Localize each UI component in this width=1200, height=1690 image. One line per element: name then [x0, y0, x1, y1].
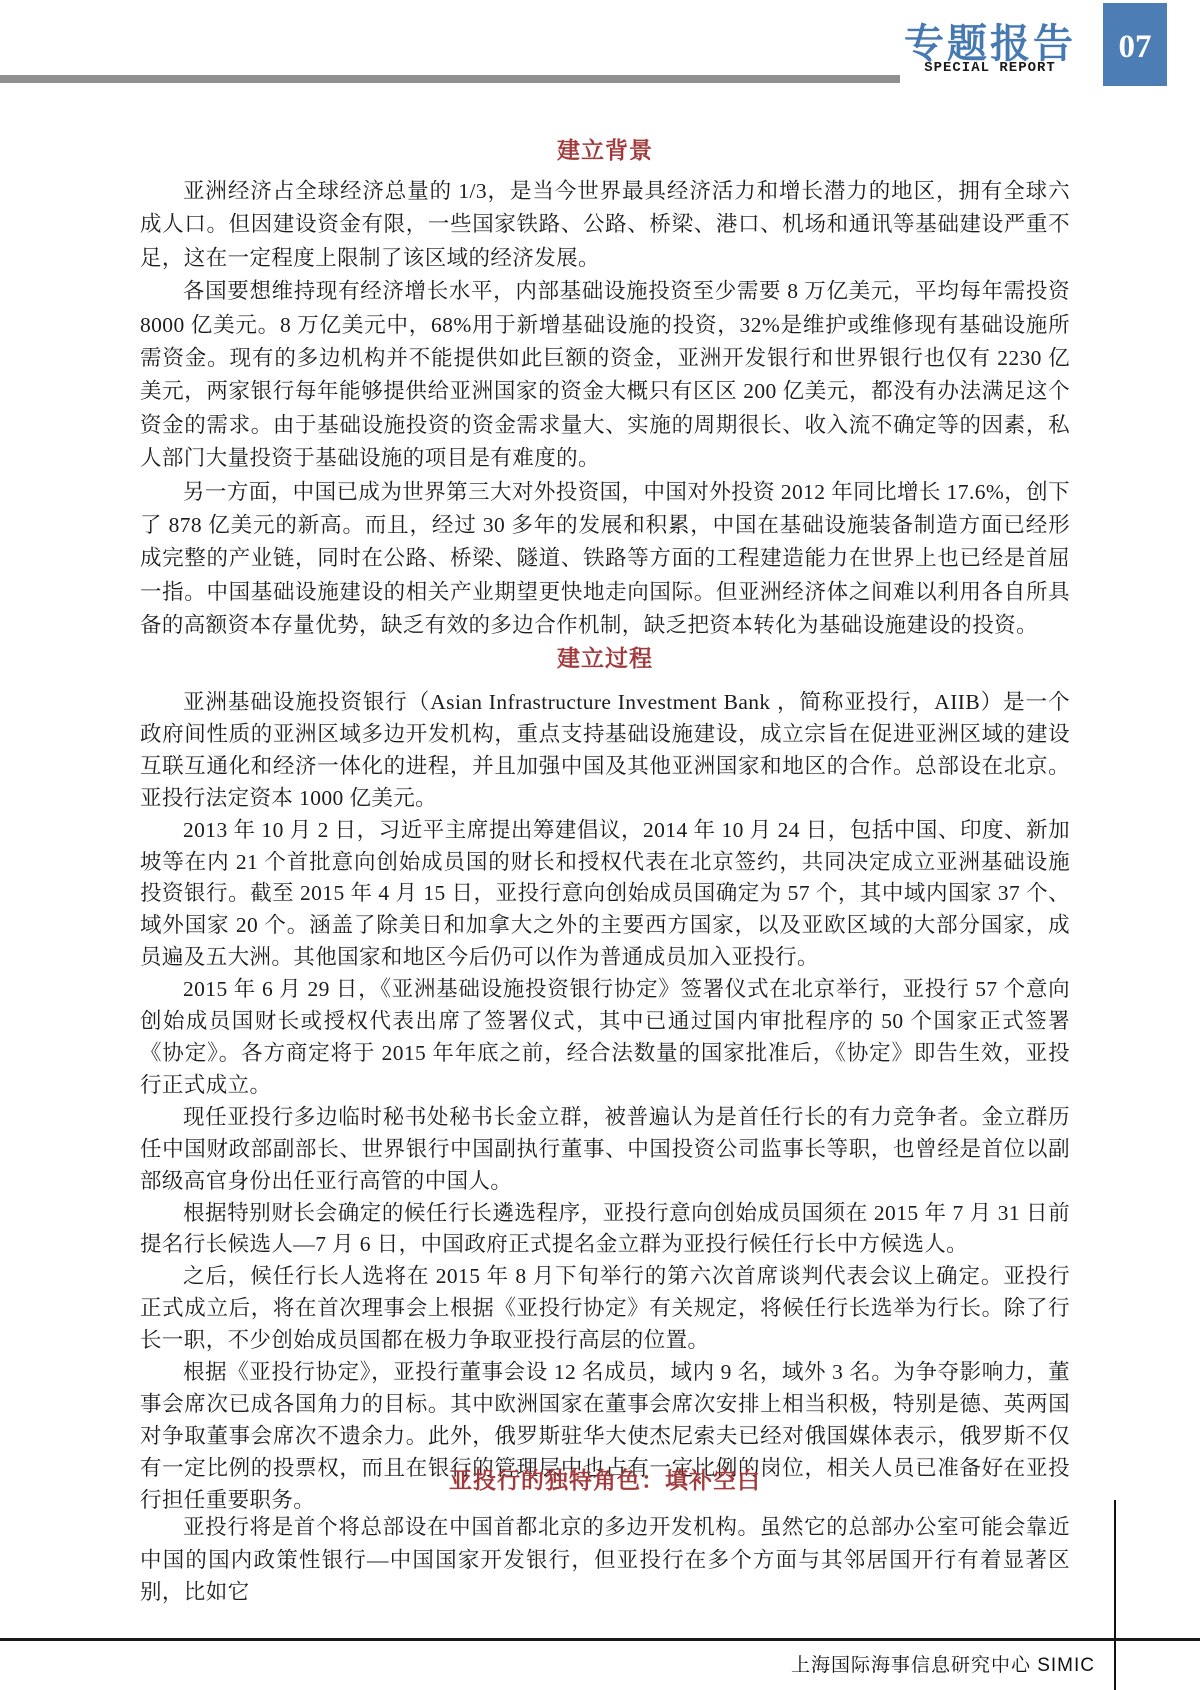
paragraph: 另一方面，中国已成为世界第三大对外投资国，中国对外投资 2012 年同比增长 1…	[140, 476, 1070, 643]
paragraph: 亚洲基础设施投资银行（Asian Infrastructure Investme…	[140, 687, 1070, 815]
paragraph: 根据特别财长会确定的候任行长遴选程序，亚投行意向创始成员国须在 2015 年 7…	[140, 1198, 1070, 1262]
publisher-name: 上海国际海事信息研究中心 SIMIC	[791, 1650, 1095, 1677]
section-background: 建立背景亚洲经济占全球经济总量的 1/3，是当今世界最具经济活力和增长潜力的地区…	[140, 137, 1070, 643]
paragraph: 2015 年 6 月 29 日，《亚洲基础设施投资银行协定》签署仪式在北京举行，…	[140, 974, 1070, 1102]
page-number: 07	[1119, 23, 1152, 66]
paragraph: 各国要想维持现有经济增长水平，内部基础设施投资至少需要 8 万亿美元，平均每年需…	[140, 275, 1070, 475]
paragraph: 2013 年 10 月 2 日，习近平主席提出筹建倡议，2014 年 10 月 …	[140, 815, 1070, 975]
section-establishment: 建立过程亚洲基础设施投资银行（Asian Infrastructure Inve…	[140, 645, 1070, 1517]
paragraph: 亚洲经济占全球经济总量的 1/3，是当今世界最具经济活力和增长潜力的地区，拥有全…	[140, 175, 1070, 275]
page-number-badge: 07	[1103, 3, 1167, 86]
section-heading: 建立过程	[140, 645, 1070, 673]
report-type-subtitle: SPECIAL REPORT	[895, 60, 1085, 76]
paragraph: 亚投行将是首个将总部设在中国首都北京的多边开发机构。虽然它的总部办公室可能会靠近…	[140, 1511, 1070, 1609]
footer-rule	[0, 1638, 1200, 1641]
section-heading: 亚投行的独特角色：填补空白	[140, 1467, 1070, 1495]
paragraph: 现任亚投行多边临时秘书处秘书长金立群，被普遍认为是首任行长的有力竞争者。金立群历…	[140, 1102, 1070, 1198]
paragraph: 之后，候任行长人选将在 2015 年 8 月下旬举行的第六次首席谈判代表会议上确…	[140, 1261, 1070, 1357]
report-page: 专题报告 SPECIAL REPORT 07 建立背景亚洲经济占全球经济总量的 …	[0, 0, 1200, 1690]
text-frame-divider-line	[1114, 1500, 1116, 1690]
section-heading: 建立背景	[140, 137, 1070, 165]
header-rule	[0, 75, 900, 83]
section-unique-role: 亚投行的独特角色：填补空白亚投行将是首个将总部设在中国首都北京的多边开发机构。虽…	[140, 1467, 1070, 1609]
